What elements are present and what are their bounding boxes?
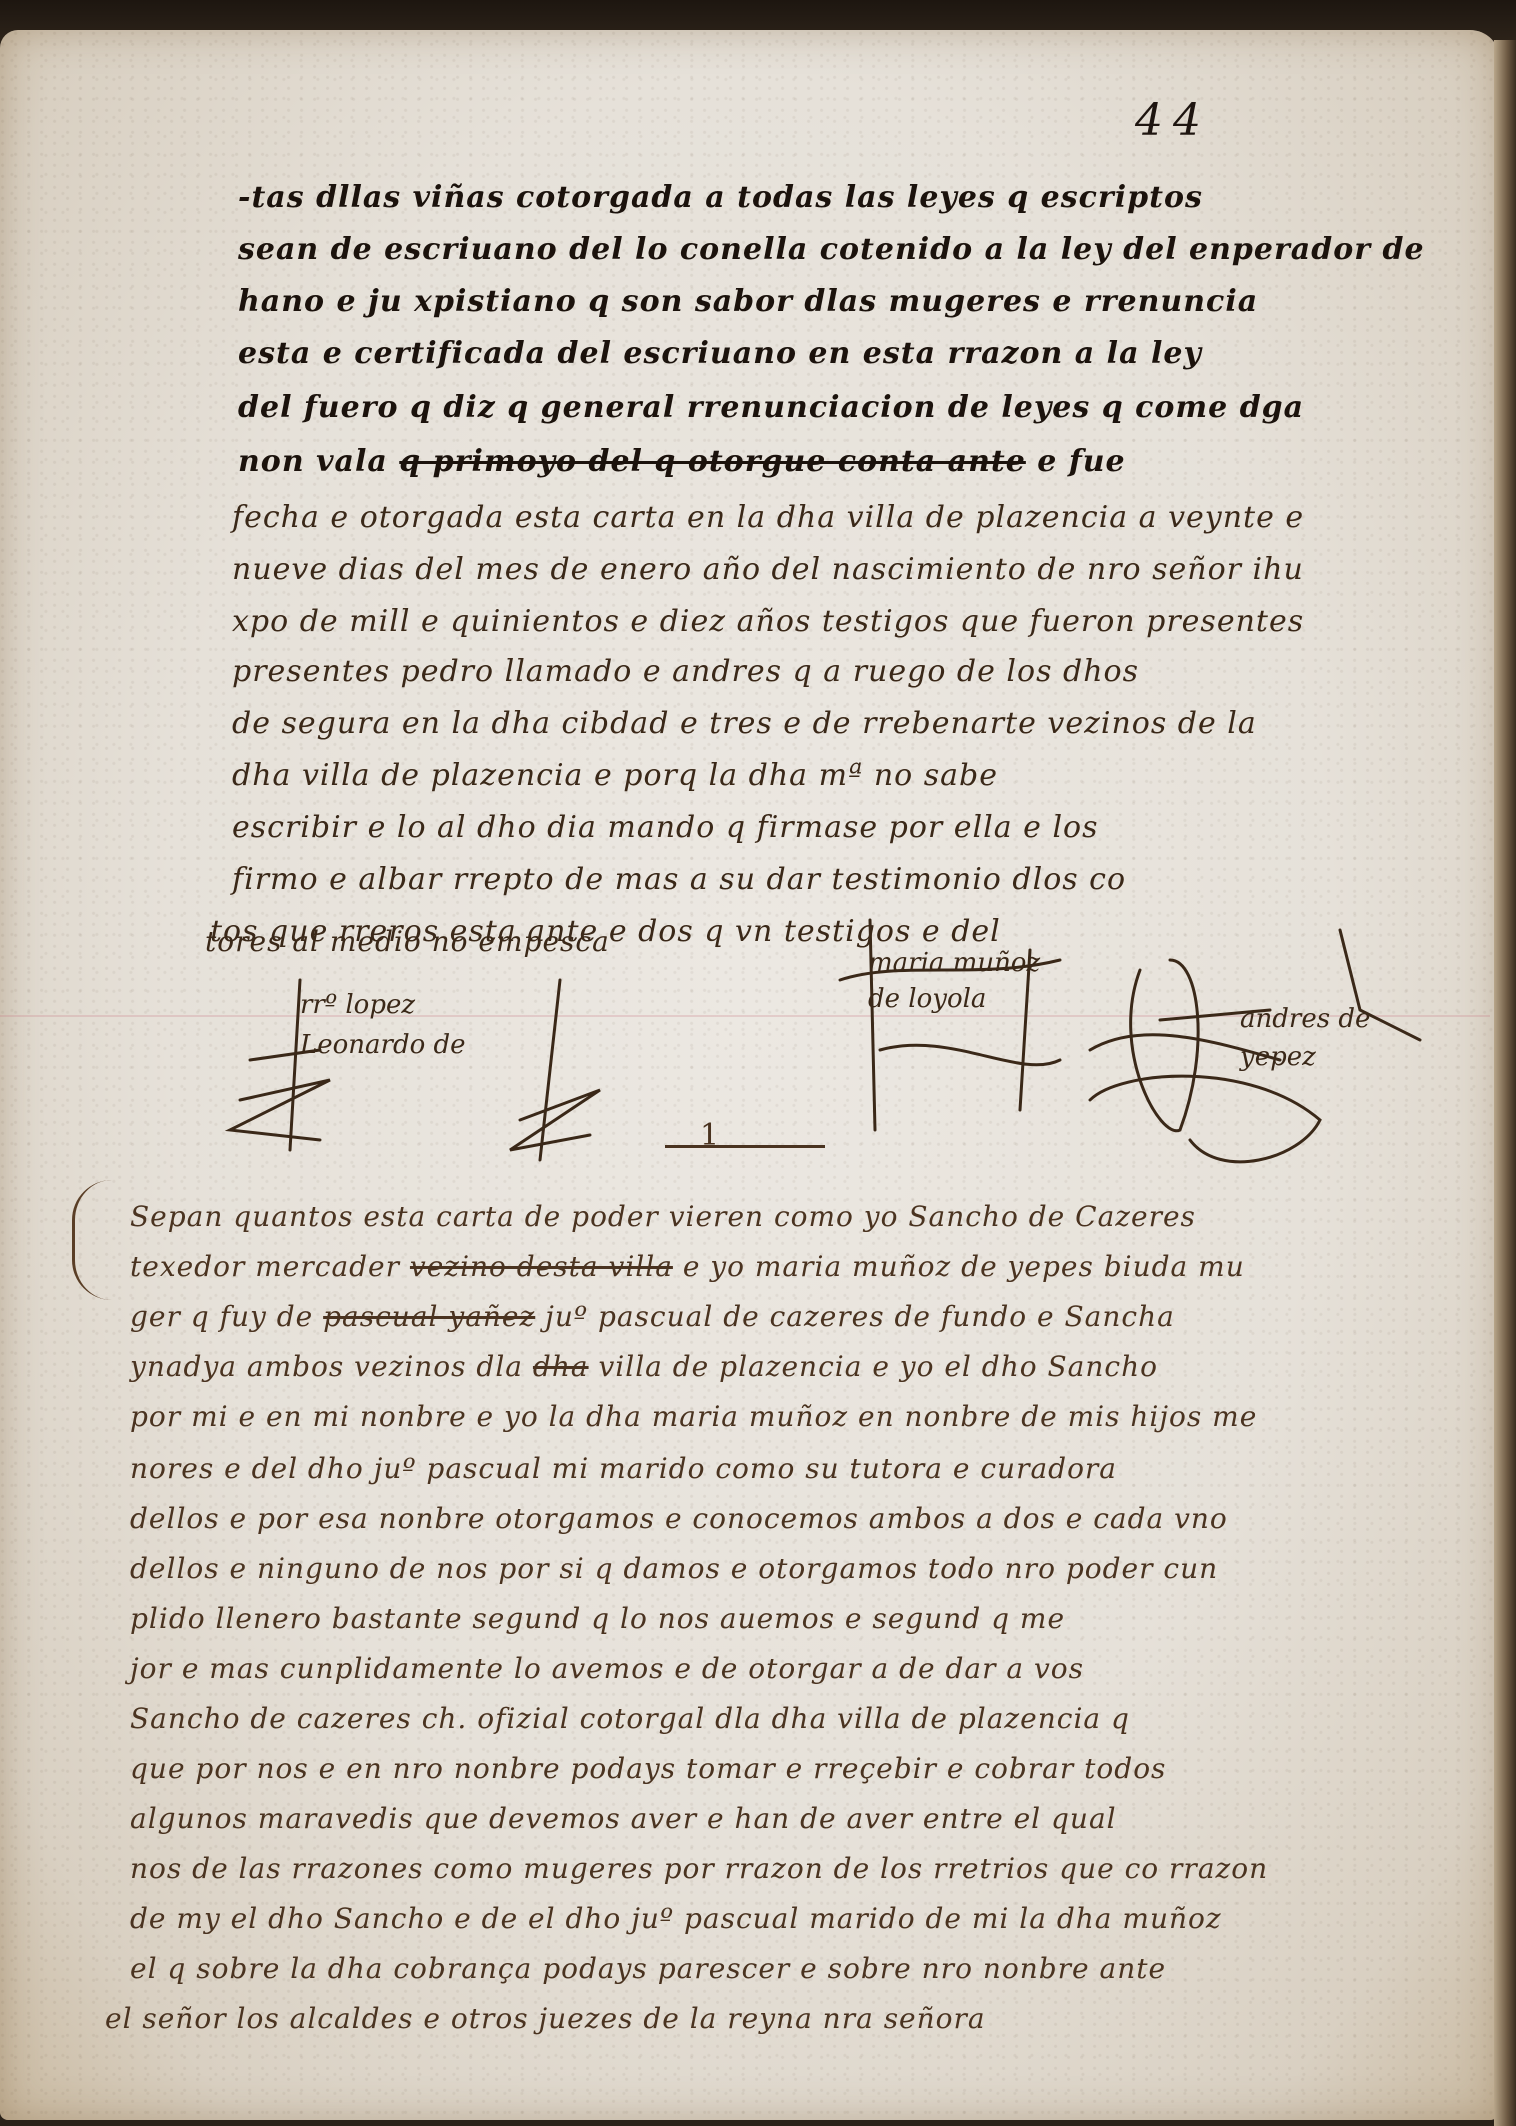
signature-signatory: maria muñoz de loyola: [868, 945, 1058, 1017]
text-line: nos de las rrazones como mugeres por rra…: [130, 1852, 1268, 1885]
text-segment: ger q fuy de: [130, 1300, 313, 1333]
text-line: texedor mercader vezino desta villa e yo…: [130, 1250, 1245, 1283]
text-line: jor e mas cunplidamente lo avemos e de o…: [130, 1652, 1084, 1685]
text-line: ynadya ambos vezinos dla dha villa de pl…: [130, 1350, 1158, 1383]
text-segment: ynadya ambos vezinos dla: [130, 1350, 523, 1383]
text-line: dellos e ninguno de nos por si q damos e…: [130, 1552, 1218, 1585]
margin-bracket: [72, 1180, 115, 1300]
struck-text: pascual yañez: [323, 1300, 535, 1333]
text-segment: e yo maria muñoz de yepes biuda mu: [683, 1250, 1245, 1283]
text-line: plido llenero bastante segund q lo nos a…: [130, 1602, 1065, 1635]
text-line: por mi e en mi nonbre e yo la dha maria …: [130, 1400, 1257, 1433]
text-segment: juº pascual de cazeres de fundo e Sancha: [545, 1300, 1175, 1333]
struck-text: vezino desta villa: [410, 1250, 673, 1283]
text-segment: villa de plazencia e yo el dho Sancho: [598, 1350, 1158, 1383]
struck-text: dha: [533, 1350, 589, 1383]
text-line: Sancho de cazeres ch. ofizial cotorgal d…: [130, 1702, 1130, 1735]
text-line: que por nos e en nro nonbre podays tomar…: [130, 1752, 1166, 1785]
text-line: el q sobre la dha cobrança podays paresc…: [130, 1952, 1166, 1985]
separator-mark: 1: [700, 1118, 719, 1153]
separator-line: [665, 1145, 825, 1148]
text-line: nores e del dho juº pascual mi marido co…: [130, 1452, 1117, 1485]
signature-witness-2: Leonardo de: [300, 1030, 466, 1060]
text-line: Sepan quantos esta carta de poder vieren…: [130, 1200, 1196, 1233]
text-segment: texedor mercader: [130, 1250, 400, 1283]
text-line: algunos maravedis que devemos aver e han…: [130, 1802, 1117, 1835]
text-line: ger q fuy de pascual yañez juº pascual d…: [130, 1300, 1175, 1333]
signature-witness-1: rrº lopez: [300, 990, 415, 1020]
text-line: de my el dho Sancho e de el dho juº pasc…: [130, 1902, 1222, 1935]
text-line: el señor los alcaldes e otros juezes de …: [105, 2002, 986, 2035]
text-line: dellos e por esa nonbre otorgamos e cono…: [130, 1502, 1228, 1535]
signature-notary: andres de yepez: [1240, 1000, 1390, 1076]
